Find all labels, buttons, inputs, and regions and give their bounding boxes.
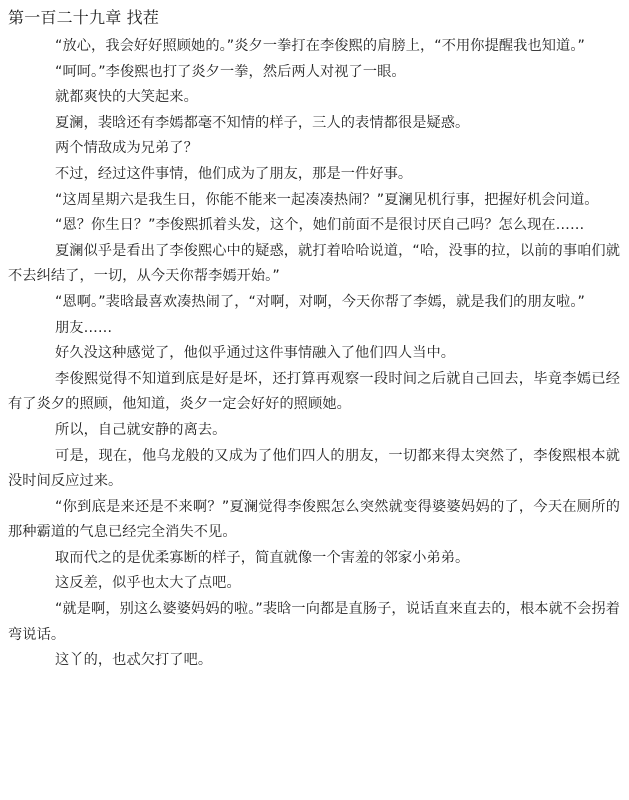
- paragraph: 这反差，似乎也太大了点吧。: [8, 571, 620, 597]
- paragraph: 不过，经过这件事情，他们成为了朋友，那是一件好事。: [8, 162, 620, 188]
- paragraph: 好久没这种感觉了，他似乎通过这件事情融入了他们四人当中。: [8, 341, 620, 367]
- paragraph: 取而代之的是优柔寡断的样子，简直就像一个害羞的邻家小弟弟。: [8, 546, 620, 572]
- paragraph: “恩啊。”裴晗最喜欢凑热闹了，“对啊，对啊，今天你帮了李嫣，就是我们的朋友啦。”: [8, 290, 620, 316]
- paragraph: 夏澜，裴晗还有李嫣都毫不知情的样子，三人的表情都很是疑惑。: [8, 111, 620, 137]
- document-page: 第一百二十九章 找茬 “放心，我会好好照顾她的。”炎夕一拳打在李俊熙的肩膀上，“…: [8, 6, 620, 674]
- paragraph: 可是，现在，他乌龙般的又成为了他们四人的朋友，一切都来得太突然了，李俊熙根本就没…: [8, 444, 620, 495]
- paragraph: 夏澜似乎是看出了李俊熙心中的疑惑，就打着哈哈说道，“哈，没事的拉，以前的事咱们就…: [8, 239, 620, 290]
- paragraph: “你到底是来还是不来啊？”夏澜觉得李俊熙怎么突然就变得婆婆妈妈的了，今天在厕所的…: [8, 495, 620, 546]
- paragraph: 李俊熙觉得不知道到底是好是坏，还打算再观察一段时间之后就自己回去，毕竟李嫣已经有…: [8, 367, 620, 418]
- paragraph: 所以，自己就安静的离去。: [8, 418, 620, 444]
- paragraph: “这周星期六是我生日，你能不能来一起凑凑热闹？”夏澜见机行事，把握好机会问道。: [8, 188, 620, 214]
- paragraph: “呵呵。”李俊熙也打了炎夕一拳，然后两人对视了一眼。: [8, 60, 620, 86]
- paragraph: 两个情敌成为兄弟了？: [8, 136, 620, 162]
- paragraph: 这丫的，也忒欠打了吧。: [8, 648, 620, 674]
- paragraph: 就都爽快的大笑起来。: [8, 85, 620, 111]
- paragraph: 朋友……: [8, 316, 620, 342]
- paragraph: “放心，我会好好照顾她的。”炎夕一拳打在李俊熙的肩膀上，“不用你提醒我也知道。”: [8, 34, 620, 60]
- chapter-title: 第一百二十九章 找茬: [8, 6, 620, 30]
- paragraph: “就是啊，别这么婆婆妈妈的啦。”裴晗一向都是直肠子，说话直来直去的，根本就不会拐…: [8, 597, 620, 648]
- paragraph: “恩？你生日？”李俊熙抓着头发，这个，她们前面不是很讨厌自己吗？怎么现在……: [8, 213, 620, 239]
